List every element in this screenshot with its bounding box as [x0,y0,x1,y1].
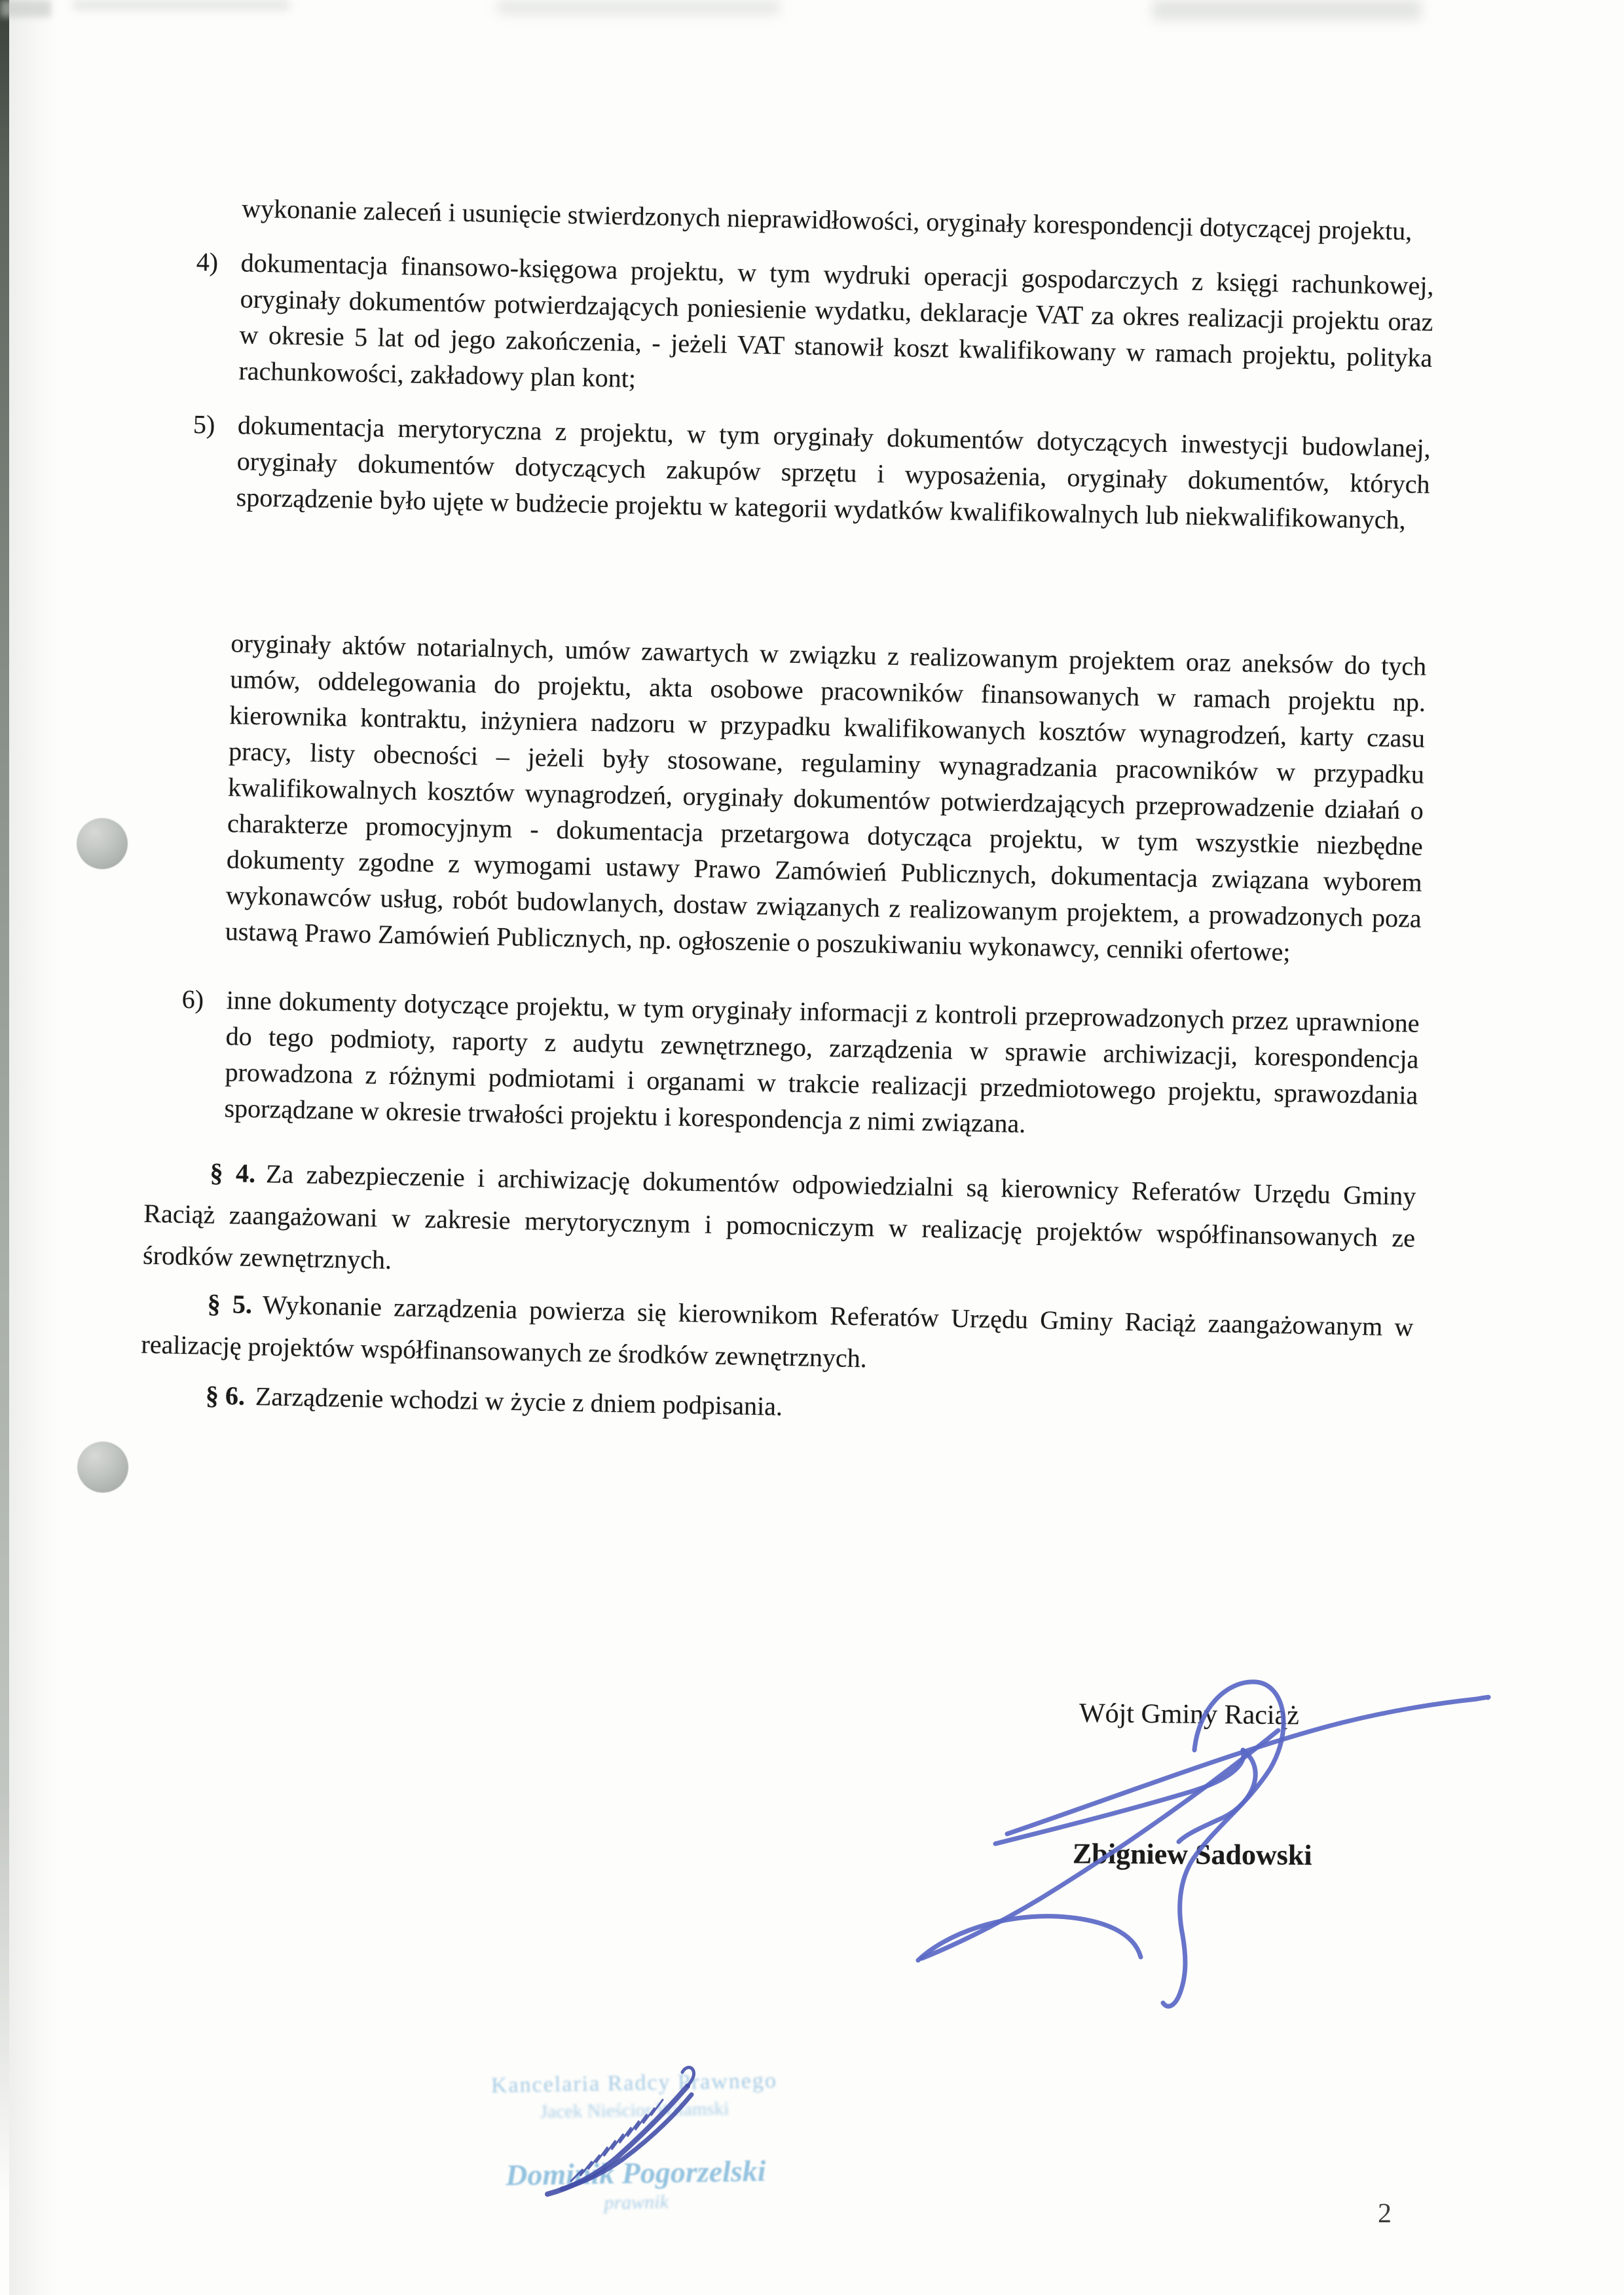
signer-title: Wójt Gminy Raciąż [1079,1698,1341,1732]
signature-stroke [918,1916,1141,1960]
scan-smudge [0,0,51,17]
legal-stamp: Kancelaria Radcy Prawnego Jacek Nieścior… [428,2068,843,2218]
list-item-4-number: 4) [196,244,218,280]
scan-smudge [73,0,289,10]
signature-stroke [995,1750,1244,1844]
list-item-5-text: dokumentacja merytoryczna z projektu, w … [236,410,1431,534]
list-item-5: 5) dokumentacja merytoryczna z projektu,… [157,405,1431,538]
stamp-lawyer-name: Dominik Pogorzelski [429,2152,842,2193]
document-body: wykonanie zaleceń i usunięcie stwierdzon… [139,189,1435,1440]
signature-stroke [1179,1750,1255,1842]
scan-smudge [498,0,779,14]
section-4: § 4.Za zabezpieczenie i archiwizację dok… [143,1151,1416,1301]
section-6-label: § 6. [206,1381,246,1411]
page-number: 2 [1378,2198,1392,2230]
scan-smudge [1153,0,1421,20]
section-6-text: Zarządzenie wchodzi w życie z dniem podp… [255,1381,783,1421]
list-item-6: 6) inne dokumenty dotyczące projektu, w … [145,980,1420,1149]
signer-name: Zbigniew Sadowski [1073,1837,1354,1872]
section-5: § 5.Wykonanie zarządzenia powierza się k… [141,1282,1414,1390]
list-item-4-text: dokumentacja finansowo-księgowa projektu… [238,248,1434,393]
paragraph-continuation: wykonanie zaleceń i usunięcie stwierdzon… [242,190,1435,250]
punch-hole [77,818,128,869]
section-4-label: § 4. [210,1158,255,1188]
scan-left-shade [9,0,55,2295]
list-item-6-number: 6) [181,981,204,1018]
list-item-4: 4) dokumentacja finansowo-księgowa proje… [160,243,1434,412]
scan-edge-strip [0,0,9,2295]
list-item-5-number: 5) [193,406,215,443]
section-5-label: § 5. [207,1289,252,1319]
document-page: wykonanie zaleceń i usunięcie stwierdzon… [0,0,1624,2295]
list-item-6-text: inne dokumenty dotyczące projektu, w tym… [224,985,1420,1138]
stamp-counsel-line: Jacek Nieścior Wilamski [428,2097,841,2125]
punch-hole [77,1442,128,1493]
paragraph-continuation-2: oryginały aktów notarialnych, umów zawar… [225,625,1426,973]
section-5-text: Wykonanie zarządzenia powierza się kiero… [141,1290,1414,1373]
section-4-text: Za zabezpieczenie i archiwizację dokumen… [143,1159,1416,1275]
stamp-office-line: Kancelaria Radcy Prawnego [428,2068,841,2100]
